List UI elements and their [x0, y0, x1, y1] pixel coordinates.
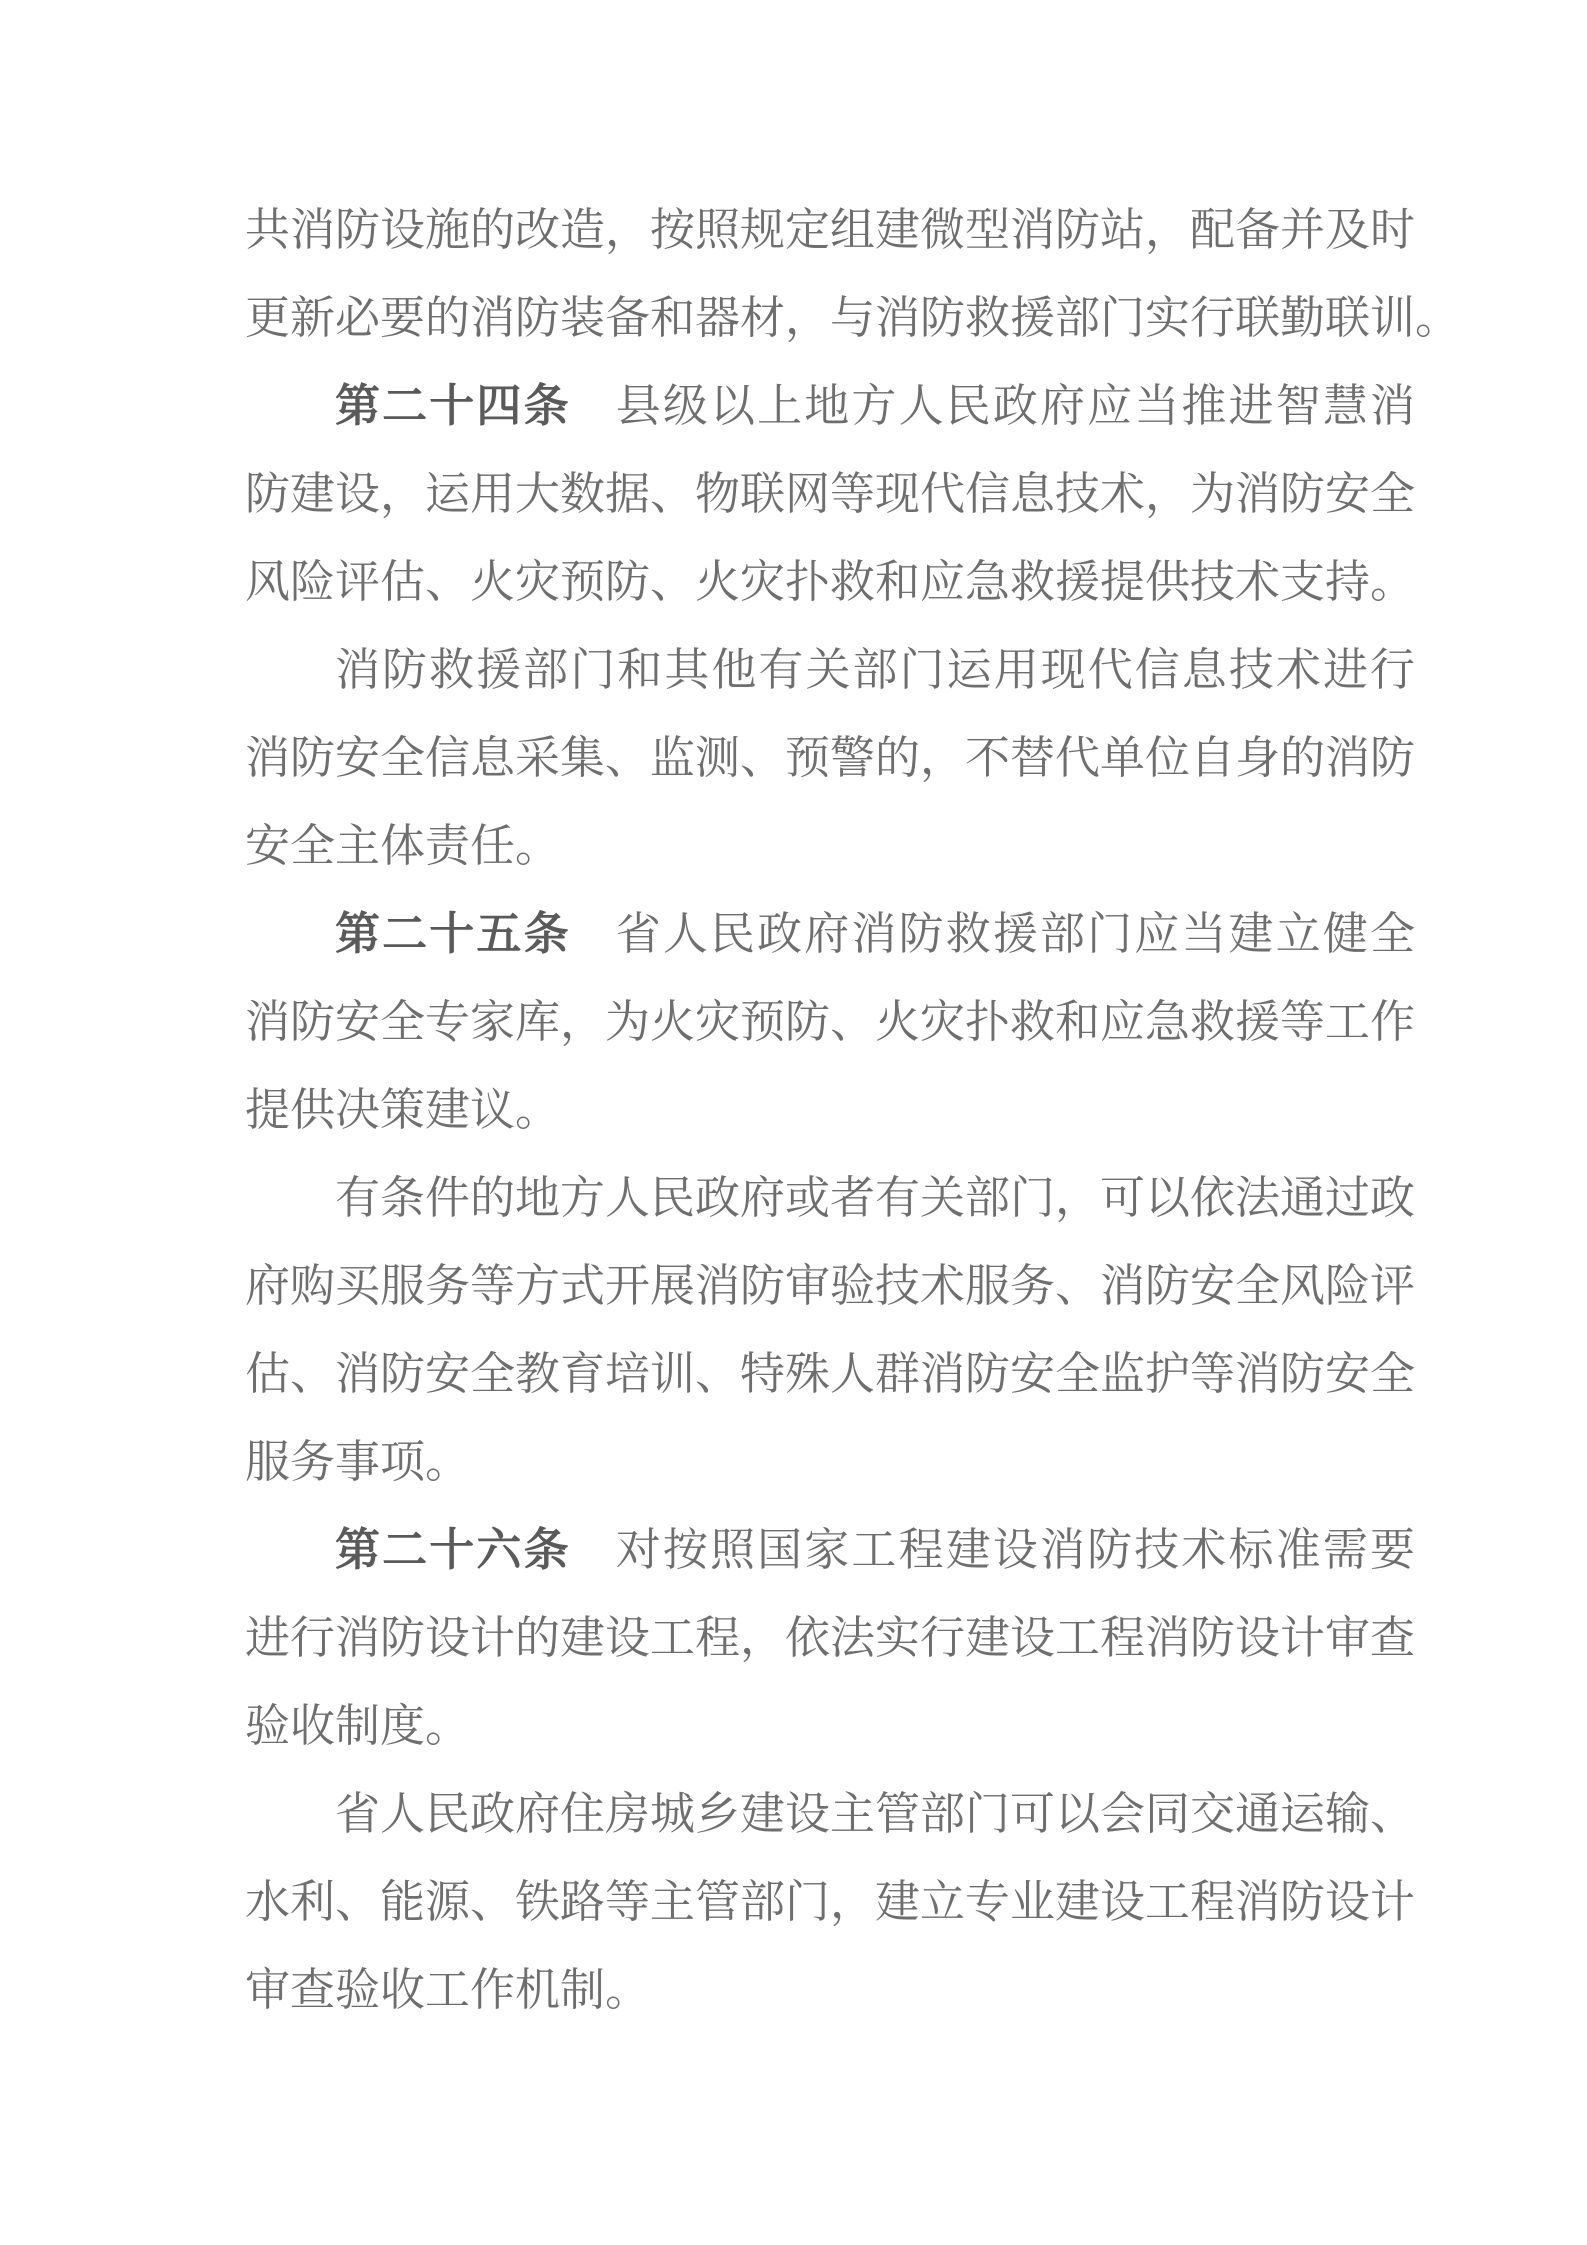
- text-line: 进行消防设计的建设工程，依法实行建设工程消防设计审查: [245, 1594, 1415, 1682]
- text-line: 审查验收工作机制。: [245, 1946, 1415, 2034]
- line-text: 有条件的地方人民政府或者有关部门，可以依法通过政: [335, 1171, 1415, 1224]
- line-text: 进行消防设计的建设工程，依法实行建设工程消防设计审查: [245, 1611, 1415, 1664]
- document-body: 共消防设施的改造，按照规定组建微型消防站，配备并及时更新必要的消防装备和器材，与…: [245, 186, 1415, 2034]
- line-text: 府购买服务等方式开展消防审验技术服务、消防安全风险评: [245, 1259, 1415, 1312]
- text-line: 更新必要的消防装备和器材，与消防救援部门实行联勤联训。: [245, 274, 1415, 362]
- line-text: 水利、能源、铁路等主管部门，建立专业建设工程消防设计: [245, 1875, 1415, 1928]
- text-line: 风险评估、火灾预防、火灾扑救和应急救援提供技术支持。: [245, 538, 1415, 626]
- text-line: 第二十五条省人民政府消防救援部门应当建立健全: [245, 890, 1415, 978]
- line-text: 审查验收工作机制。: [245, 1963, 650, 2016]
- text-line: 共消防设施的改造，按照规定组建微型消防站，配备并及时: [245, 186, 1415, 274]
- text-line: 第二十六条对按照国家工程建设消防技术标准需要: [245, 1506, 1415, 1594]
- line-text: 防建设，运用大数据、物联网等现代信息技术，为消防安全: [245, 467, 1415, 520]
- text-line: 第二十四条县级以上地方人民政府应当推进智慧消: [245, 362, 1415, 450]
- line-text: 消防安全专家库，为火灾预防、火灾扑救和应急救援等工作: [245, 995, 1415, 1048]
- text-line: 消防安全信息采集、监测、预警的，不替代单位自身的消防: [245, 714, 1415, 802]
- line-text: 共消防设施的改造，按照规定组建微型消防站，配备并及时: [245, 203, 1415, 256]
- text-line: 消防救援部门和其他有关部门运用现代信息技术进行: [245, 626, 1415, 714]
- line-text: 估、消防安全教育培训、特殊人群消防安全监护等消防安全: [245, 1347, 1415, 1400]
- line-text: 安全主体责任。: [245, 819, 560, 872]
- text-line: 验收制度。: [245, 1682, 1415, 1770]
- text-line: 有条件的地方人民政府或者有关部门，可以依法通过政: [245, 1154, 1415, 1242]
- line-text: 对按照国家工程建设消防技术标准需要: [616, 1523, 1415, 1576]
- text-line: 安全主体责任。: [245, 802, 1415, 890]
- article-number: 第二十五条: [335, 907, 571, 960]
- line-text: 消防救援部门和其他有关部门运用现代信息技术进行: [335, 643, 1415, 696]
- text-line: 府购买服务等方式开展消防审验技术服务、消防安全风险评: [245, 1242, 1415, 1330]
- line-text: 消防安全信息采集、监测、预警的，不替代单位自身的消防: [245, 731, 1415, 784]
- text-line: 消防安全专家库，为火灾预防、火灾扑救和应急救援等工作: [245, 978, 1415, 1066]
- line-text: 更新必要的消防装备和器材，与消防救援部门实行联勤联训。: [245, 291, 1460, 344]
- text-line: 估、消防安全教育培训、特殊人群消防安全监护等消防安全: [245, 1330, 1415, 1418]
- article-number: 第二十六条: [335, 1523, 571, 1576]
- article-number: 第二十四条: [335, 379, 571, 432]
- line-text: 省人民政府消防救援部门应当建立健全: [616, 907, 1415, 960]
- line-text: 风险评估、火灾预防、火灾扑救和应急救援提供技术支持。: [245, 555, 1415, 608]
- line-text: 服务事项。: [245, 1435, 470, 1488]
- text-line: 服务事项。: [245, 1418, 1415, 1506]
- text-line: 提供决策建议。: [245, 1066, 1415, 1154]
- document-page: 共消防设施的改造，按照规定组建微型消防站，配备并及时更新必要的消防装备和器材，与…: [0, 0, 1587, 2245]
- text-line: 省人民政府住房城乡建设主管部门可以会同交通运输、: [245, 1770, 1415, 1858]
- line-text: 提供决策建议。: [245, 1083, 560, 1136]
- line-text: 县级以上地方人民政府应当推进智慧消: [616, 379, 1415, 432]
- line-text: 验收制度。: [245, 1699, 470, 1752]
- text-line: 防建设，运用大数据、物联网等现代信息技术，为消防安全: [245, 450, 1415, 538]
- line-text: 省人民政府住房城乡建设主管部门可以会同交通运输、: [335, 1787, 1415, 1840]
- text-line: 水利、能源、铁路等主管部门，建立专业建设工程消防设计: [245, 1858, 1415, 1946]
